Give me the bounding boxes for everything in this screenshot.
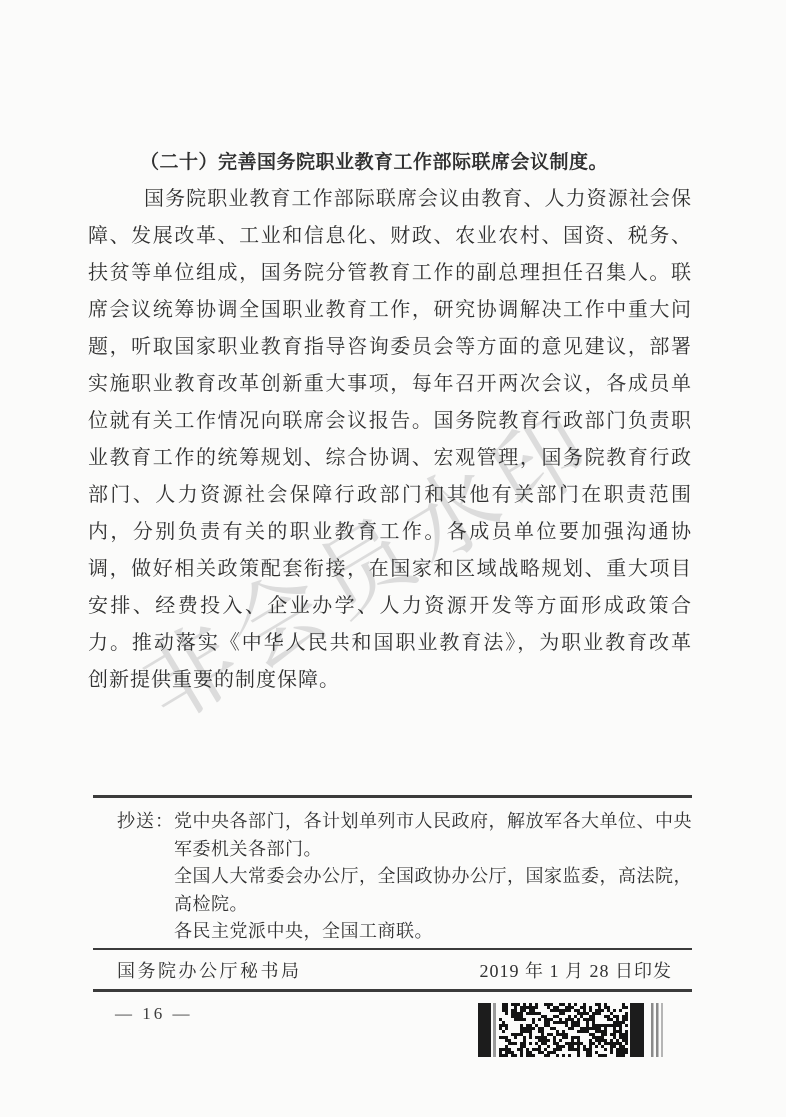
body-line: 实施职业教育改革创新重大事项，每年召开两次会议，各成员单 [88, 366, 692, 403]
body-line: 安排、经费投入、企业办学、人力资源开发等方面形成政策合 [88, 588, 692, 625]
issuer-row: 国务院办公厅秘书局 2019 年 1 月 28 日印发 [93, 950, 692, 989]
body-line: 创新提供重要的制度保障。 [88, 662, 692, 699]
body-line: 力。推动落实《中华人民共和国职业教育法》，为职业教育改革 [88, 625, 692, 662]
document-body: （二十）完善国务院职业教育工作部际联席会议制度。 国务院职业教育工作部际联席会议… [88, 144, 692, 699]
body-line: 国务院职业教育工作部际联席会议由教育、人力资源社会保 [88, 181, 692, 218]
body-line: 扶贫等单位组成，国务院分管教育工作的副总理担任召集人。联 [88, 255, 692, 292]
page-number: — 16 — [115, 1004, 193, 1024]
document-page: 非会员水印 （二十）完善国务院职业教育工作部际联席会议制度。 国务院职业教育工作… [0, 0, 786, 1117]
issuer-name: 国务院办公厅秘书局 [117, 957, 302, 983]
footer-divider-bottom [93, 989, 692, 992]
body-line: 业教育工作的统筹规划、综合协调、宏观管理，国务院教育行政 [88, 440, 692, 477]
cc-line: 全国人大常委会办公厅，全国政协办公厅，国家监委，高法院， [174, 863, 692, 891]
body-line: 部门、人力资源社会保障行政部门和其他有关部门在职责范围 [88, 477, 692, 514]
section-heading: （二十）完善国务院职业教育工作部际联席会议制度。 [88, 144, 692, 181]
print-date: 2019 年 1 月 28 日印发 [480, 957, 673, 983]
cc-line: 党中央各部门，各计划单列市人民政府，解放军各大单位、中央 [174, 808, 692, 836]
body-line: 内，分别负责有关的职业教育工作。各成员单位要加强沟通协 [88, 514, 692, 551]
body-line: 调，做好相关政策配套衔接，在国家和区域战略规划、重大项目 [88, 551, 692, 588]
barcode [478, 1003, 673, 1057]
body-line: 障、发展改革、工业和信息化、财政、农业农村、国资、税务、 [88, 218, 692, 255]
body-line: 题，听取国家职业教育指导咨询委员会等方面的意见建议，部署 [88, 329, 692, 366]
cc-section: 抄送： 党中央各部门，各计划单列市人民政府，解放军各大单位、中央 军委机关各部门… [117, 808, 692, 946]
footer-divider-top [93, 795, 692, 798]
cc-line: 军委机关各部门。 [174, 836, 692, 864]
body-line: 位就有关工作情况向联席会议报告。国务院教育行政部门负责职 [88, 403, 692, 440]
cc-line: 各民主党派中央，全国工商联。 [174, 918, 692, 946]
body-line: 席会议统筹协调全国职业教育工作，研究协调解决工作中重大问 [88, 292, 692, 329]
cc-lines: 党中央各部门，各计划单列市人民政府，解放军各大单位、中央 军委机关各部门。 全国… [174, 808, 692, 946]
cc-label: 抄送： [117, 808, 174, 836]
cc-line: 高检院。 [174, 891, 692, 919]
